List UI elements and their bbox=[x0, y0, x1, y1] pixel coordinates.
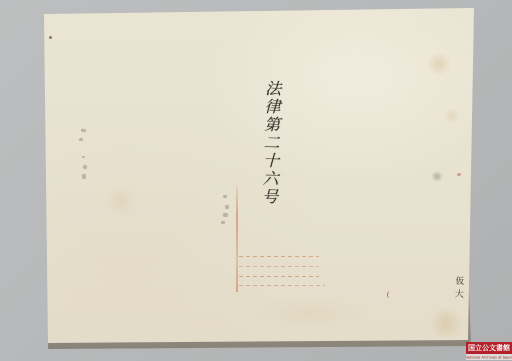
pencil-annotation bbox=[221, 221, 225, 224]
pencil-annotation bbox=[82, 174, 87, 180]
document-paper bbox=[0, 0, 512, 361]
pencil-annotation bbox=[223, 213, 228, 218]
photo-canvas: 法律第二十六号 仮大 国立公文書館 National Archives of J… bbox=[0, 0, 512, 361]
pencil-annotation bbox=[223, 195, 227, 199]
archives-watermark-english: National Archives of Japan bbox=[466, 354, 512, 360]
edge-annotation: 仮大 bbox=[451, 276, 465, 306]
archives-watermark-english-text: National Archives of Japan bbox=[466, 355, 512, 359]
red-ruling-line bbox=[239, 256, 319, 257]
red-ruling-line bbox=[239, 285, 325, 286]
red-ruling-line bbox=[239, 266, 319, 267]
pencil-annotation bbox=[82, 156, 85, 158]
red-ruling-vertical-line bbox=[236, 186, 238, 292]
archives-watermark: 国立公文書館 National Archives of Japan bbox=[466, 342, 512, 360]
pencil-annotation bbox=[225, 205, 230, 210]
red-ruling-line bbox=[239, 276, 319, 277]
calligraphy-title: 法律第二十六号 bbox=[257, 80, 284, 221]
archives-watermark-kanji: 国立公文書館 bbox=[466, 342, 512, 354]
